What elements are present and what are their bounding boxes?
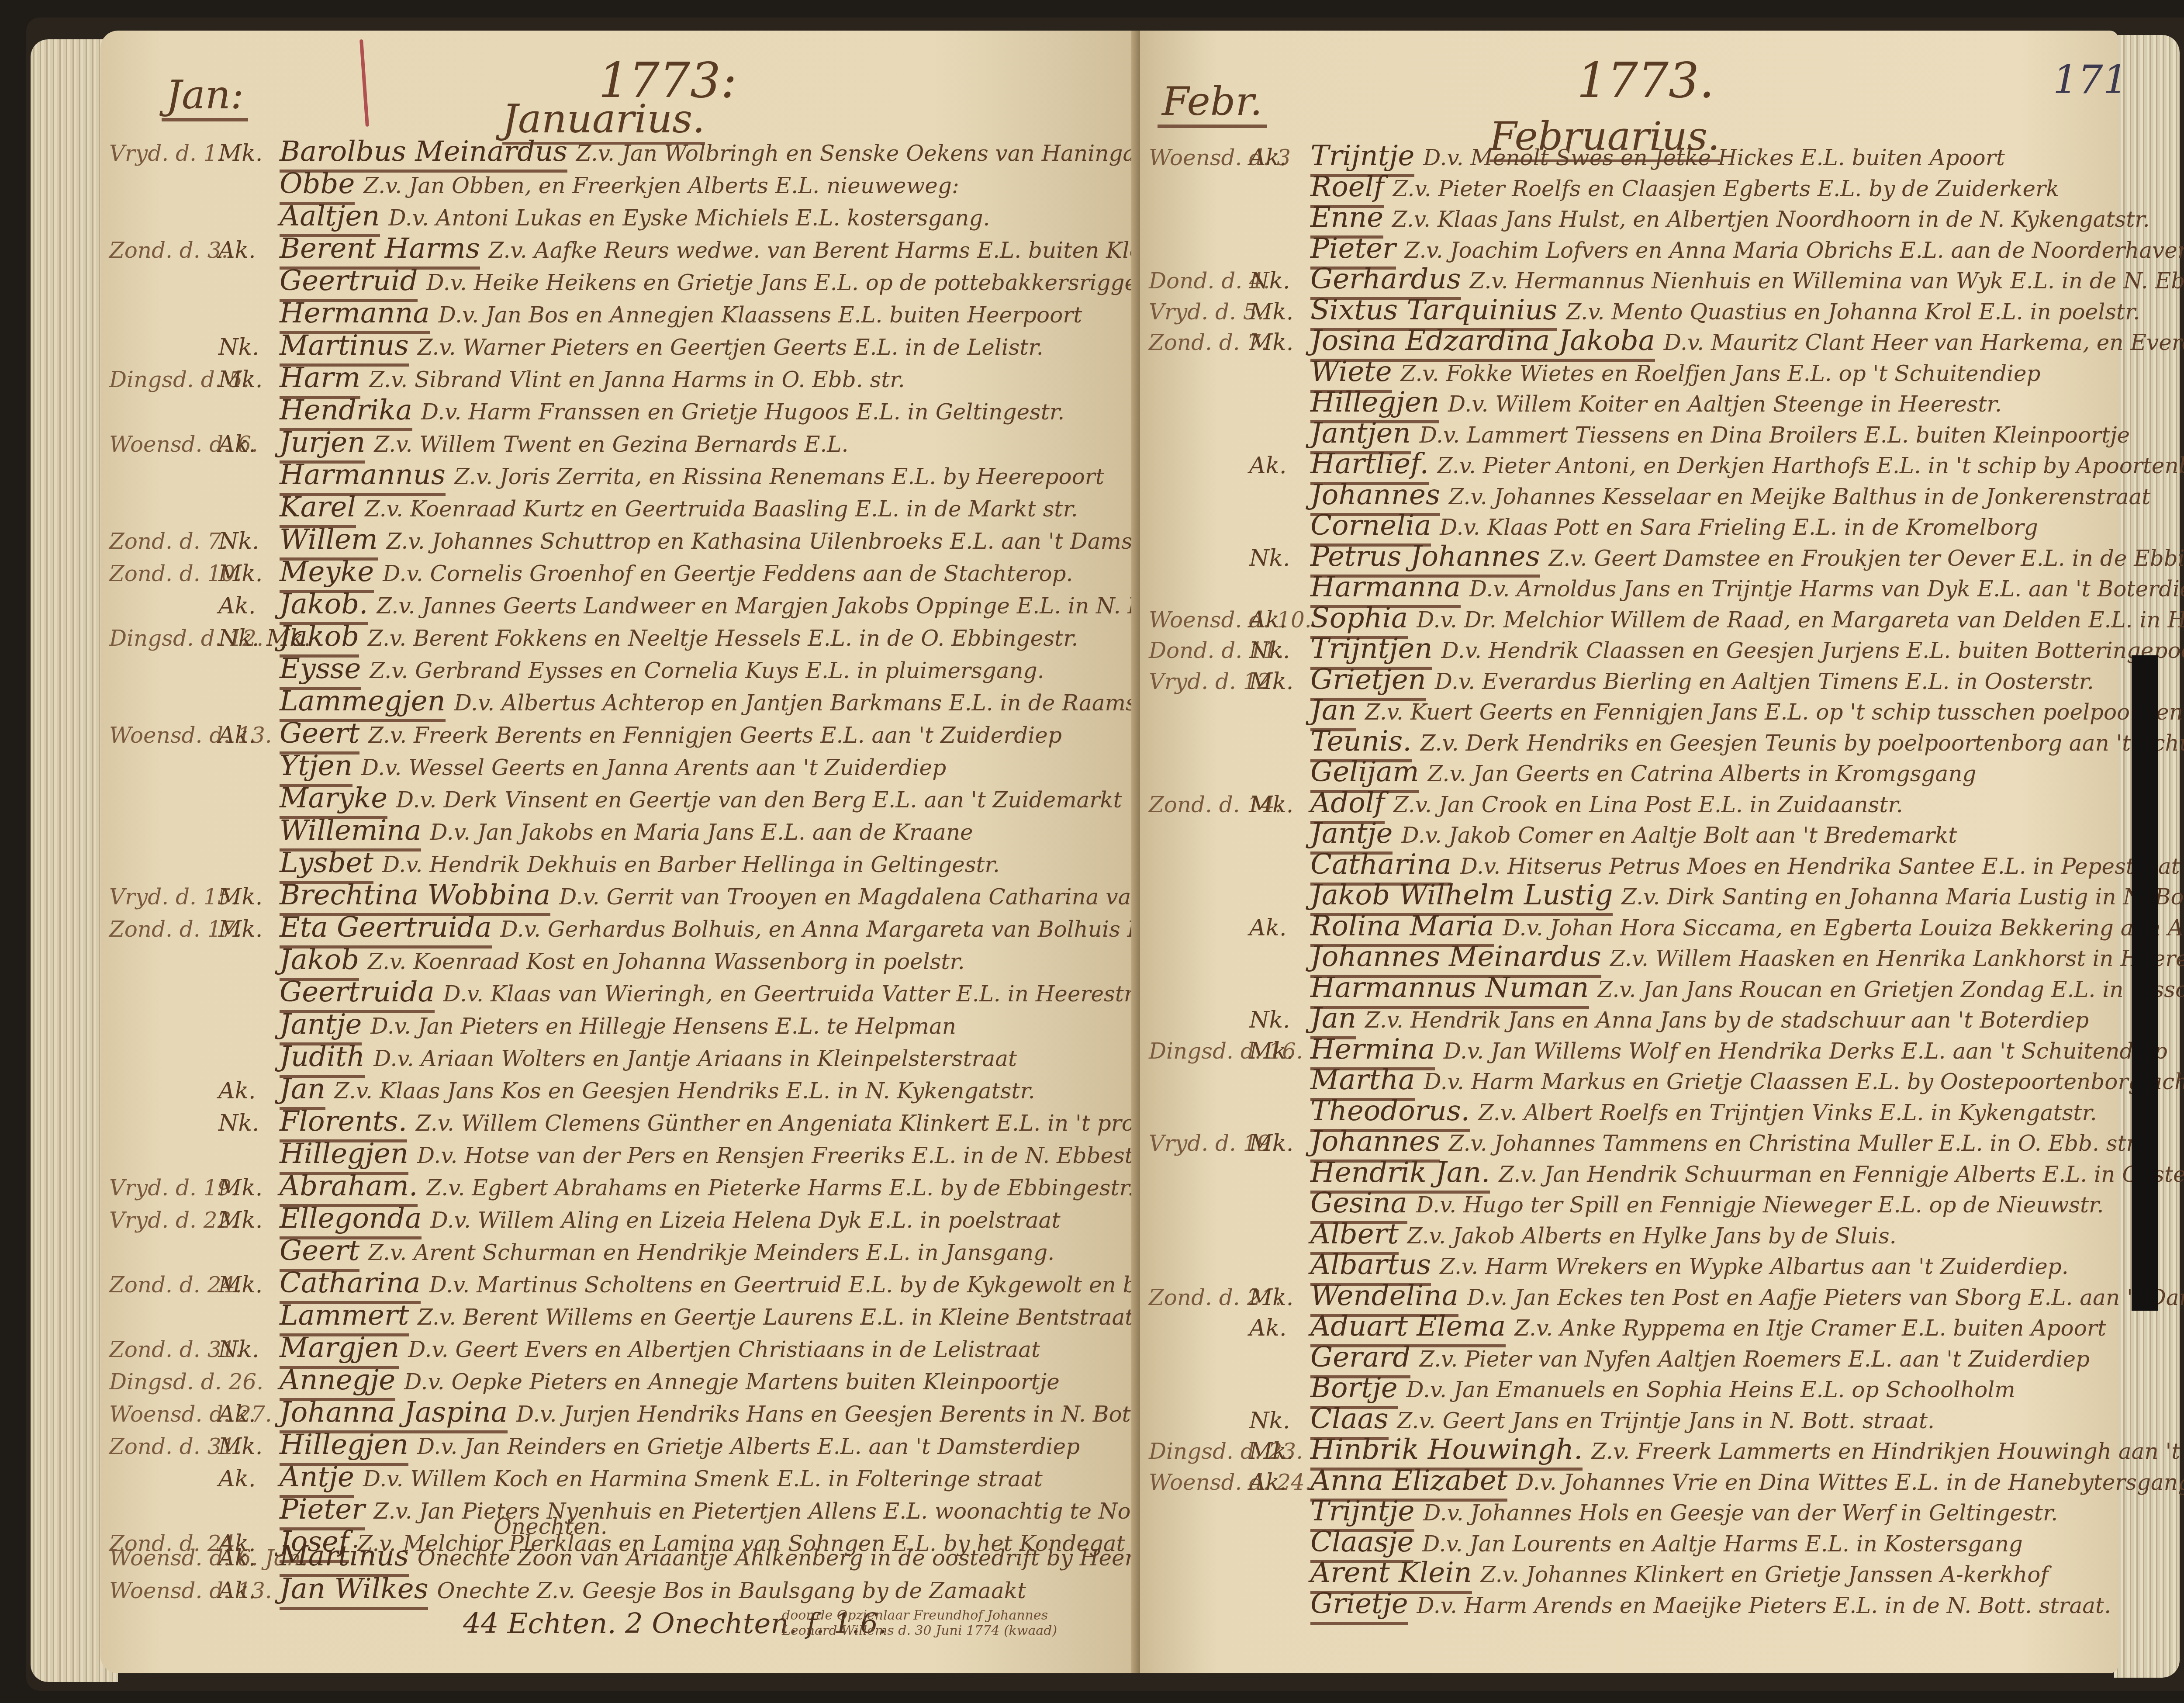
entry-church: Nk.: [1249, 637, 1310, 664]
entry-details: Z.v. Albert Roelfs en Trijntjen Vinks E.…: [1479, 1100, 2097, 1125]
child-name: Hermanna: [280, 297, 430, 334]
entry-date: Zond. d. 3.: [109, 238, 210, 263]
child-name: Martinus: [280, 1540, 409, 1577]
entry-church: Mk.: [1249, 329, 1310, 356]
child-name: Geertruida: [280, 976, 435, 1013]
child-name: Brechtina Wobbina: [280, 879, 550, 916]
child-name: Jan: [280, 1073, 325, 1110]
child-name: Meyke: [280, 556, 374, 593]
entry-details: Z.v. Joris Zerrita, en Rissina Renemans …: [454, 464, 1104, 489]
baptism-entry: GeertruidD.v. Heike Heikens en Grietje J…: [109, 265, 1137, 302]
entry-details: Z.v. Arent Schurman en Hendrikje Meinder…: [368, 1240, 1054, 1265]
baptism-entry: GeertruidaD.v. Klaas van Wieringh, en Ge…: [109, 976, 1169, 1013]
entry-details: Z.v. Sibrand Vlint en Janna Harms in O. …: [369, 367, 905, 392]
entry-details: Z.v. Jan Jans Roucan en Grietjen Zondag …: [1598, 977, 2184, 1002]
entry-date: Vryd. d. 12.: [1149, 669, 1241, 694]
entry-details: Z.v. Jan Geerts en Catrina Alberts in Kr…: [1428, 761, 1977, 786]
illegit-heading-text: Onechten.: [494, 1514, 608, 1539]
baptism-entry: Zond. d. 10.Mk.MeykeD.v. Cornelis Groenh…: [109, 556, 1073, 593]
entry-date: Zond. d. 31.: [109, 1337, 210, 1362]
baptism-entry: HermannaD.v. Jan Bos en Annegjen Klaasse…: [109, 297, 1082, 334]
corner-clip: [2132, 655, 2158, 1311]
entry-details: Z.v. Pieter Antoni, en Derkjen Harthofs …: [1438, 453, 2184, 478]
entry-church: Nk.: [1249, 1007, 1310, 1033]
entry-details: D.v. Harm Franssen en Grietje Hugoos E.L…: [421, 399, 1064, 425]
child-name: Ellegonda: [280, 1202, 422, 1239]
baptism-entry: Ak.Jakob.Z.v. Jannes Geerts Landweer en …: [109, 588, 1254, 625]
entry-church: Ak.: [218, 1078, 280, 1104]
entry-details: Z.v. Koenraad Kurtz en Geertruida Baasli…: [365, 496, 1078, 522]
child-name: Johanna Jaspina: [280, 1396, 508, 1433]
child-name: Lammert: [280, 1299, 409, 1336]
entry-details: D.v. Ariaan Wolters en Jantje Ariaans in…: [373, 1046, 1017, 1071]
entry-church: Nk.: [218, 528, 280, 554]
entry-date: Woensd. d. 6. Jan.: [109, 1545, 210, 1571]
entry-details: D.v. Harm Markus en Grietje Claassen E.L…: [1424, 1069, 2184, 1094]
entry-details: D.v. Menolt Swes en Jetke Hickes E.L. bu…: [1423, 145, 2004, 170]
entry-church: Nk.: [218, 1110, 280, 1136]
child-name: Berent Harms: [280, 232, 480, 270]
right-month-abbrev: Febr.: [1158, 79, 1267, 128]
entry-details: D.v. Antoni Lukas en Eyske Michiels E.L.…: [389, 205, 990, 231]
baptism-entry: Woensd. d. 13.Ak.GeertZ.v. Freerk Berent…: [109, 717, 1062, 755]
entry-date: Dingsd. d. 12.: [109, 626, 210, 651]
entry-details: D.v. Jan Reinders en Grietje Alberts E.L…: [417, 1434, 1080, 1459]
entry-church: Mk.: [1249, 1438, 1310, 1464]
entry-church: Ak.: [218, 237, 280, 263]
baptism-entry: ObbeZ.v. Jan Obben, en Freerkjen Alberts…: [109, 168, 959, 205]
baptism-entry: LammertZ.v. Berent Willems en Geertje La…: [109, 1299, 1133, 1336]
child-name: Margjen: [280, 1332, 399, 1369]
entry-details: Z.v. Berent Willems en Geertje Laurens E…: [418, 1305, 1133, 1330]
child-name: Eysse: [280, 653, 361, 690]
entry-details: Z.v. Gerbrand Eysses en Cornelia Kuys E.…: [370, 658, 1044, 683]
entry-details: Z.v. Hendrik Jans en Anna Jans by de sta…: [1365, 1007, 2089, 1033]
entry-church: Ak.: [1249, 453, 1310, 479]
baptism-entry: MarykeD.v. Derk Vinsent en Geertje van d…: [109, 782, 1122, 819]
baptism-entry: Zond. d. 31.Nk.MargjenD.v. Geert Evers e…: [109, 1332, 1040, 1369]
entry-church: Mk.: [218, 1433, 280, 1460]
child-name: Barolbus Meinardus: [280, 135, 567, 173]
entry-details: D.v. Hotse van der Pers en Rensjen Freer…: [417, 1143, 1178, 1168]
baptism-entry: JudithD.v. Ariaan Wolters en Jantje Aria…: [109, 1041, 1017, 1078]
entry-details: Z.v. Willem Haasken en Henrika Lankhorst…: [1610, 946, 2184, 971]
entry-date: Zond. d. 14.: [1149, 792, 1241, 817]
entry-details: D.v. Johannes Vrie en Dina Wittes E.L. i…: [1516, 1470, 2184, 1495]
entry-details: Z.v. Pieter van Nyfen Aaltjen Roemers E.…: [1419, 1346, 2090, 1372]
entry-details: D.v. Hugo ter Spill en Fennigje Nieweger…: [1416, 1192, 2104, 1218]
entry-church: Nk.: [218, 1336, 280, 1363]
entry-details: Z.v. Joachim Lofvers en Anna Maria Obric…: [1405, 238, 2184, 263]
right-page: Febr. 1773. 171 Februarius. Woensd. d. 3…: [1140, 31, 2118, 1673]
child-name: Obbe: [280, 168, 355, 205]
entry-details: D.v. Cornelis Groenhof en Geertje Fedden…: [383, 561, 1073, 586]
child-name: Pieter: [280, 1493, 365, 1530]
entry-details: Z.v. Derk Hendriks en Geesjen Teunis by …: [1420, 730, 2184, 756]
child-name: Jantje: [280, 1008, 362, 1045]
baptism-entry: Zond. d. 7.Nk.WillemZ.v. Johannes Schutt…: [109, 523, 1213, 561]
entry-details: D.v. Hitserus Petrus Moes en Hendrika Sa…: [1460, 854, 2180, 879]
entry-details: Z.v. Jan Crook en Lina Post E.L. in Zuid…: [1393, 792, 1903, 817]
entry-date: Vryd. d. 1.: [109, 141, 210, 166]
baptism-entry: Zond. d. 31.Mk.HillegjenD.v. Jan Reinder…: [109, 1429, 1080, 1466]
baptism-entry: Ak.JanZ.v. Klaas Jans Kos en Geesjen Hen…: [109, 1073, 1035, 1110]
baptism-entry: PieterZ.v. Jan Pieters Nyenhuis en Piete…: [109, 1493, 1220, 1530]
entry-church: Ak.: [218, 593, 280, 619]
entry-details: D.v. Albertus Achterop en Jantjen Barkma…: [454, 690, 1161, 716]
entry-details: Z.v. Dirk Santing en Johanna Maria Lusti…: [1621, 884, 2184, 910]
entry-church: Mk.: [218, 1175, 280, 1201]
baptism-entry: LysbetD.v. Hendrik Dekhuis en Barber Hel…: [109, 847, 1000, 884]
child-name: Hillegjen: [280, 1138, 408, 1175]
left-month-abbrev: Jan:: [162, 72, 248, 121]
entry-church: Mk.: [218, 140, 280, 166]
child-name: Karel: [280, 491, 356, 528]
baptism-entry: JakobZ.v. Koenraad Kost en Johanna Wasse…: [109, 944, 965, 981]
entry-church: Nk.: [218, 334, 280, 360]
entry-date: Woensd. d. 10.: [1149, 607, 1241, 633]
child-name: Aaltjen: [280, 200, 380, 237]
right-year: 1773.: [1577, 52, 1714, 108]
entry-church: Mk.: [218, 561, 280, 587]
entry-date: Woensd. d. 27.: [109, 1402, 210, 1427]
entry-details: D.v. Jakob Comer en Aaltje Bolt aan 't B…: [1401, 823, 1957, 848]
entry-details: Z.v. Pieter Roelfs en Claasjen Egberts E…: [1393, 176, 2060, 201]
child-name: Grietje: [1310, 1588, 1408, 1625]
child-name: Willem: [280, 523, 378, 561]
baptism-entry: HarmannusZ.v. Joris Zerrita, en Rissina …: [109, 459, 1104, 496]
entry-details: D.v. Oepke Pieters en Annegje Martens bu…: [404, 1369, 1060, 1395]
entry-church: Ak.: [1249, 607, 1310, 633]
baptism-entry: YtjenD.v. Wessel Geerts en Janna Arents …: [109, 750, 946, 787]
entry-details: D.v. Hendrik Claassen en Geesjen Jurjens…: [1441, 638, 2184, 663]
child-name: Hillegjen: [280, 1429, 408, 1466]
entry-details: Z.v. Hermannus Nienhuis en Willemina van…: [1470, 268, 2184, 294]
entry-church: Mk.: [218, 1207, 280, 1233]
baptism-entry: Woensd. d. 6.Ak.JurjenZ.v. Willem Twent …: [109, 426, 848, 464]
entry-details: D.v. Willem Koiter en Aaltjen Steenge in…: [1448, 391, 2002, 417]
entry-details: D.v. Jan Willems Wolf en Hendrika Derks …: [1444, 1038, 2167, 1064]
entry-church: Mk.: [218, 884, 280, 910]
entry-details: Z.v. Johannes Schuttrop en Kathasina Uil…: [387, 529, 1213, 554]
entry-date: Zond. d. 10.: [109, 561, 210, 586]
baptism-entry: Woensd. d. 27.Ak.Johanna JaspinaD.v. Jur…: [109, 1396, 1219, 1433]
entry-church: Ak.: [218, 431, 280, 457]
page-number: 171: [2053, 57, 2128, 103]
entry-details: Z.v. Fokke Wietes en Roelfjen Jans E.L. …: [1401, 361, 2041, 386]
baptism-entry: EysseZ.v. Gerbrand Eysses en Cornelia Ku…: [109, 653, 1044, 690]
entry-details: Z.v. Geert Jans en Trijntje Jans in N. B…: [1397, 1408, 1935, 1433]
entry-details: D.v. Willem Aling en Lizeia Helena Dyk E…: [430, 1208, 1060, 1233]
entry-church: Mk.: [218, 1272, 280, 1298]
entry-date: Vryd. d. 19.: [109, 1175, 210, 1201]
child-name: Harm: [280, 362, 360, 399]
baptism-entry: Vryd. d. 22.Mk.EllegondaD.v. Willem Alin…: [109, 1202, 1061, 1239]
entry-date: Dond. d. 4.: [1149, 268, 1241, 294]
entry-church: Ak.: [218, 1578, 280, 1604]
child-name: Lysbet: [280, 847, 373, 884]
entry-details: D.v. Jan Lourents en Aaltje Harms E.L. i…: [1422, 1531, 2023, 1557]
baptism-entry: HendrikaD.v. Harm Franssen en Grietje Hu…: [109, 394, 1064, 431]
entry-date: Woensd. d. 24.: [1149, 1470, 1241, 1495]
entry-details: Z.v. Mento Quastius en Johanna Krol E.L.…: [1566, 299, 2140, 325]
entry-date: Dingsd. d. 5.: [109, 367, 210, 392]
entry-church: Ak.: [218, 722, 280, 748]
child-name: Lammegjen: [280, 685, 446, 722]
entry-details: Z.v. Harm Wrekers en Wypke Albartus aan …: [1440, 1254, 2069, 1279]
baptism-entry: Nk.MartinusZ.v. Warner Pieters en Geertj…: [109, 329, 1044, 367]
entry-details: Z.v. Warner Pieters en Geertjen Geerts E…: [418, 335, 1044, 360]
child-name: Abraham.: [280, 1170, 418, 1207]
entry-details: D.v. Mauritz Clant Heer van Harkema, en …: [1664, 330, 2184, 355]
entry-details: Z.v. Koenraad Kost en Johanna Wassenborg…: [368, 949, 965, 974]
entry-church: Nk. Mk.: [218, 625, 280, 651]
entry-date: Dond. d. 11.: [1149, 638, 1241, 663]
entry-date: Zond. d. 7.: [1149, 330, 1241, 355]
entry-details: Z.v. Geert Damstee en Froukjen ter Oever…: [1549, 546, 2184, 571]
entry-church: Ak.: [1249, 1315, 1310, 1341]
baptism-entry: AaltjenD.v. Antoni Lukas en Eyske Michie…: [109, 200, 990, 237]
baptism-entry: GeertZ.v. Arent Schurman en Hendrikje Me…: [109, 1235, 1054, 1272]
child-name: Jurjen: [280, 426, 365, 464]
entry-details: D.v. Martinus Scholtens en Geertruid E.L…: [429, 1272, 1175, 1298]
entry-details: D.v. Johan Hora Siccama, en Egberta Loui…: [1503, 915, 2184, 941]
entry-details: D.v. Jan Emanuels en Sophia Heins E.L. o…: [1406, 1377, 2015, 1402]
child-name: Judith: [280, 1041, 365, 1078]
entry-church: Nk.: [1249, 545, 1310, 571]
child-name: Willemina: [280, 814, 421, 851]
baptism-entry: Dingsd. d. 12.Nk. Mk.JakobZ.v. Berent Fo…: [109, 620, 1078, 658]
entry-details: Onechte Zoon van Ariaantje Ahlkenberg in…: [418, 1545, 1195, 1571]
left-page: Jan: 1773: Januarius. Vryd. d. 1.Mk.Baro…: [100, 31, 1140, 1673]
child-name: Harmannus: [280, 459, 446, 496]
entry-church: Ak.: [1249, 145, 1310, 171]
entry-date: Zond. d. 31.: [109, 1434, 210, 1459]
child-name: Jakob: [280, 620, 359, 658]
entry-church: Mk.: [218, 916, 280, 942]
child-name: Geert: [280, 717, 359, 755]
illegit-section-heading: Onechten.: [494, 1514, 608, 1539]
entry-date: Woensd. d. 6.: [109, 432, 210, 457]
entry-date: Zond. d. 17.: [109, 917, 210, 942]
entry-date: Zond. d. 24.: [109, 1272, 210, 1298]
child-name: Jakob.: [280, 588, 368, 625]
entry-details: Onechte Z.v. Geesje Bos in Baulsgang by …: [437, 1578, 1026, 1603]
entry-date: Woensd. d. 3: [1149, 145, 1241, 170]
entry-church: Mk.: [1249, 668, 1310, 695]
entry-date: Vryd. d. 19.: [1149, 1131, 1241, 1156]
left-summary-note: door de Opzienlaar Freundhof Johannes Le…: [782, 1608, 1088, 1638]
entry-date: Zond. d. 7.: [109, 529, 210, 554]
entry-church: Nk.: [1249, 268, 1310, 294]
entry-details: Z.v. Willem Clemens Günther en Angeniata…: [416, 1111, 1247, 1136]
baptism-entry: KarelZ.v. Koenraad Kurtz en Geertruida B…: [109, 491, 1078, 528]
entry-details: D.v. Klaas Pott en Sara Frieling E.L. in…: [1440, 515, 2038, 540]
entry-church: Ak.: [218, 1466, 280, 1492]
child-name: Jan Wilkes: [280, 1573, 428, 1610]
entry-details: D.v. Derk Vinsent en Geertje van den Ber…: [396, 787, 1122, 813]
child-name: Antje: [280, 1461, 354, 1498]
baptism-entry: Dingsd. d. 5.Mk.HarmZ.v. Sibrand Vlint e…: [109, 362, 905, 399]
entry-church: Mk.: [1249, 792, 1310, 818]
entry-details: D.v. Geert Evers en Albertjen Christiaan…: [408, 1337, 1040, 1362]
baptism-entry: LammegjenD.v. Albertus Achterop en Jantj…: [109, 685, 1161, 722]
entry-details: D.v. Klaas van Wieringh, en Geertruida V…: [443, 981, 1169, 1007]
entry-date: Woensd. d. 13.: [109, 1578, 210, 1603]
child-name: Geert: [280, 1235, 359, 1272]
entry-details: Z.v. Kuert Geerts en Fennigjen Jans E.L.…: [1365, 699, 2184, 725]
entry-details: Z.v. Freerk Berents en Fennigjen Geerts …: [368, 723, 1062, 748]
entry-date: Dingsd. d. 26.: [109, 1369, 210, 1395]
child-name: Maryke: [280, 782, 387, 819]
baptism-entry: Zond. d. 3.Ak.Berent HarmsZ.v. Aafke Reu…: [109, 232, 1249, 270]
entry-details: Z.v. Jakob Alberts en Hylke Jans by de S…: [1407, 1223, 1897, 1249]
entry-date: Vryd. d. 22.: [109, 1208, 210, 1233]
entry-details: Z.v. Willem Twent en Gezina Bernards E.L…: [374, 432, 848, 457]
baptism-entry: HillegjenD.v. Hotse van der Pers en Rens…: [109, 1138, 1178, 1175]
entry-details: D.v. Johannes Hols en Geesje van der Wer…: [1423, 1500, 2058, 1526]
entry-church: Ak.: [218, 1401, 280, 1427]
baptism-entry: Dingsd. d. 26.AnnegjeD.v. Oepke Pieters …: [109, 1364, 1060, 1401]
entry-details: Z.v. Jannes Geerts Landweer en Margjen J…: [377, 593, 1254, 619]
entry-church: Mk.: [1249, 299, 1310, 325]
entry-date: Dingsd. d. 23.: [1149, 1439, 1241, 1464]
entry-details: D.v. Arnoldus Jans en Trijntje Harms van…: [1469, 576, 2184, 602]
child-name: Martinus: [280, 329, 409, 367]
child-name: Jakob: [280, 944, 359, 981]
illegit-baptism-entry: Woensd. d. 13.Ak.Jan WilkesOnechte Z.v. …: [109, 1573, 1026, 1610]
baptism-entry: JantjeD.v. Jan Pieters en Hillegje Hense…: [109, 1008, 956, 1045]
entry-details: D.v. Jan Bos en Annegjen Klaassens E.L. …: [439, 302, 1082, 328]
entry-church: Nk.: [1249, 1408, 1310, 1434]
entry-details: Z.v. Freerk Lammerts en Hindrikjen Houwi…: [1591, 1439, 2184, 1464]
baptism-entry: GrietjeD.v. Harm Arends en Maeijke Piete…: [1149, 1588, 2111, 1625]
entry-details: D.v. Jan Jakobs en Maria Jans E.L. aan d…: [430, 820, 973, 845]
entry-church: Mk.: [218, 367, 280, 393]
entry-date: Vryd. d. 15.: [109, 884, 210, 910]
entry-details: Z.v. Johannes Kesselaar en Meijke Balthu…: [1449, 484, 2151, 509]
child-name: Hendrika: [280, 394, 412, 431]
entry-details: D.v. Jan Eckes ten Post en Aafje Pieters…: [1467, 1285, 2184, 1310]
entry-church: Ak.: [1249, 915, 1310, 941]
entry-church: Ak.: [218, 1545, 280, 1571]
entry-details: D.v. Harm Arends en Maeijke Pieters E.L.…: [1417, 1593, 2111, 1618]
entry-church: Ak.: [1249, 1469, 1310, 1495]
entry-details: D.v. Jan Pieters en Hillegje Hensens E.L…: [370, 1014, 956, 1039]
red-margin-line: [359, 39, 369, 127]
entry-date: Woensd. d. 13.: [109, 723, 210, 748]
entry-date: Vryd. d. 5.: [1149, 299, 1241, 325]
child-name: Ytjen: [280, 750, 352, 787]
entry-details: Z.v. Johannes Tammens en Christina Mulle…: [1449, 1131, 2141, 1156]
entry-details: Z.v. Jan Hendrik Schuurman en Fennigje A…: [1499, 1162, 2184, 1187]
entry-church: Mk.: [1249, 1130, 1310, 1156]
baptism-entry: WilleminaD.v. Jan Jakobs en Maria Jans E…: [109, 814, 973, 851]
entry-date: Dingsd. d. 16.: [1149, 1038, 1241, 1064]
child-name: Eta Geertruida: [280, 911, 492, 948]
entry-details: Z.v. Jan Obben, en Freerkjen Alberts E.L…: [363, 173, 959, 198]
entry-details: D.v. Willem Koch en Harmina Smenk E.L. i…: [363, 1466, 1043, 1492]
baptism-entry: Ak.AntjeD.v. Willem Koch en Harmina Smen…: [109, 1461, 1043, 1498]
entry-details: Z.v. Berent Fokkens en Neeltje Hessels E…: [368, 626, 1078, 651]
illegit-baptism-entry: Woensd. d. 6. Jan.Ak.MartinusOnechte Zoo…: [109, 1540, 1195, 1577]
child-name: Catharina: [280, 1267, 421, 1304]
entry-details: D.v. Hendrik Dekhuis en Barber Hellinga …: [382, 852, 1000, 877]
entry-details: Z.v. Klaas Jans Hulst, en Albertjen Noor…: [1392, 207, 2150, 232]
child-name: Annegje: [280, 1364, 395, 1401]
entry-details: D.v. Wessel Geerts en Janna Arents aan '…: [361, 755, 946, 780]
entry-church: Mk.: [1249, 1284, 1310, 1311]
entry-details: D.v. Dr. Melchior Willem de Raad, en Mar…: [1417, 607, 2184, 633]
entry-details: Z.v. Klaas Jans Kos en Geesjen Hendriks …: [334, 1078, 1035, 1104]
entry-church: Mk.: [1249, 1038, 1310, 1064]
entry-details: Z.v. Anke Ryppema en Itje Cramer E.L. bu…: [1514, 1315, 2106, 1341]
entry-details: D.v. Everardus Bierling en Aaltjen Timen…: [1435, 669, 2094, 694]
baptism-entry: Zond. d. 24.Mk.CatharinaD.v. Martinus Sc…: [109, 1267, 1175, 1304]
entry-details: Z.v. Johannes Klinkert en Grietje Jansse…: [1481, 1562, 2049, 1587]
entry-details: D.v. Lammert Tiessens en Dina Broilers E…: [1420, 422, 2130, 448]
entry-details: D.v. Jurjen Hendriks Hans en Geesjen Ber…: [516, 1402, 1219, 1427]
entry-details: D.v. Heike Heikens en Grietje Jans E.L. …: [426, 270, 1137, 295]
entry-date: Zond. d. 21.: [1149, 1285, 1241, 1310]
baptism-entry: Nk.Florents.Z.v. Willem Clemens Günther …: [109, 1105, 1247, 1142]
child-name: Florents.: [280, 1105, 407, 1142]
child-name: Geertruid: [280, 265, 418, 302]
